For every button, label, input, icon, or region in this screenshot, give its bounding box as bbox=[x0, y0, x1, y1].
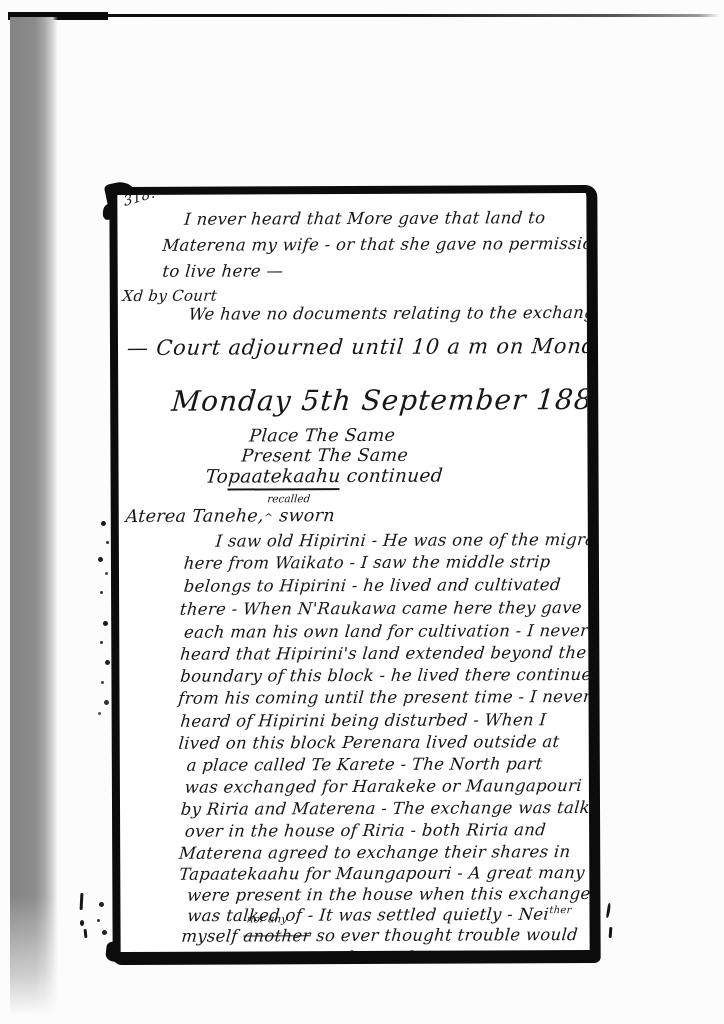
stray-ink-mark-left-2 bbox=[84, 929, 88, 938]
book-binding-shadow bbox=[10, 17, 58, 1015]
testimony-line: lived on this block Perenara lived outsi… bbox=[178, 733, 560, 753]
testimony-line: heard that Hipirini's land extended beyo… bbox=[179, 644, 587, 664]
witness-name: Aterea Tanehe, bbox=[125, 506, 265, 527]
case-name-underlined: paatekaahu bbox=[227, 466, 341, 490]
adjournment-line: — Court adjourned until 10 a m on Monday bbox=[126, 335, 601, 360]
testimony-line: were present in the house when this exch… bbox=[186, 885, 591, 905]
testimony-line: heard of Hipirini being disturbed - When… bbox=[180, 711, 547, 731]
heading-place: Place The Same bbox=[248, 427, 396, 447]
witness-line: Aterea Tanehe,^recalled sworn bbox=[125, 507, 336, 527]
manuscript-page-content: 318. I never heard that More gave that l… bbox=[117, 193, 589, 952]
manuscript-page: 318. I never heard that More gave that l… bbox=[109, 185, 600, 965]
testimony-last-line: arise respecting this exchange bbox=[195, 949, 462, 966]
stray-ink-mark-right-2 bbox=[609, 927, 613, 938]
testimony-line: over in the house of Riria - both Riria … bbox=[184, 821, 547, 841]
testimony-line: boundary of this block - he lived there … bbox=[179, 666, 600, 686]
quietly-superscript: ther bbox=[549, 905, 572, 916]
correction-pre: myself bbox=[181, 926, 245, 945]
heading-date: Monday 5th September 1881 bbox=[170, 385, 600, 418]
correction-insertion: nor any bbox=[246, 914, 287, 926]
testimony-line: here from Waikato - I saw the middle str… bbox=[183, 553, 551, 573]
testimony-line: by Riria and Materena - The exchange was… bbox=[180, 799, 601, 819]
scan-top-edge-line bbox=[8, 14, 720, 17]
case-continued: continued bbox=[340, 466, 444, 487]
testimony-line: was exchanged for Harakeke or Maungapour… bbox=[184, 777, 583, 797]
testimony-line: belongs to Hipirini - he lived and culti… bbox=[183, 576, 561, 596]
correction-post: so ever thought trouble would bbox=[310, 925, 579, 945]
quietly-text: was talked of - It was settled quietly -… bbox=[187, 905, 550, 926]
testimony-line-quietly: was talked of - It was settled quietly -… bbox=[187, 905, 573, 925]
stray-ink-mark-right bbox=[606, 903, 611, 918]
witness-recalled-insertion: ^recalled bbox=[263, 506, 274, 526]
case-name-prefix: To bbox=[205, 467, 229, 488]
testimony-line: I saw old Hipirini - He was one of the m… bbox=[215, 531, 601, 551]
stray-ink-dot-left bbox=[80, 920, 84, 926]
testimony-line: each man his own land for cultivation - … bbox=[183, 622, 589, 642]
page-number: 318. bbox=[123, 186, 157, 210]
stray-ink-mark-left bbox=[80, 893, 84, 910]
opening-line: to live here — bbox=[162, 262, 284, 281]
heading-case: Topaatekaahu continued bbox=[205, 467, 444, 488]
opening-line: Materena my wife - or that she gave no p… bbox=[162, 235, 601, 255]
testimony-line: from his coming until the present time -… bbox=[178, 688, 592, 708]
toner-speckles bbox=[0, 0, 3, 3]
no-documents-line: We have no documents relating to the exc… bbox=[188, 304, 601, 324]
testimony-line: there - When N'Raukawa came here they ga… bbox=[179, 599, 601, 619]
correction-insertion-wrap: nor anyanother bbox=[243, 926, 312, 945]
correction-struck-word: another bbox=[243, 926, 312, 945]
witness-sworn: sworn bbox=[278, 506, 335, 526]
testimony-line: Materena agreed to exchange their shares… bbox=[178, 843, 571, 863]
testimony-line: a place called Te Karete - The North par… bbox=[186, 755, 543, 775]
opening-line: I never heard that More gave that land t… bbox=[183, 209, 546, 229]
heading-present: Present The Same bbox=[241, 447, 409, 467]
margin-note-by-court: Xd by Court bbox=[122, 288, 218, 305]
testimony-line: Tapaatekaahu for Maungapouri - A great m… bbox=[178, 864, 585, 884]
testimony-line-correction: myself nor anyanother so ever thought tr… bbox=[181, 926, 579, 946]
